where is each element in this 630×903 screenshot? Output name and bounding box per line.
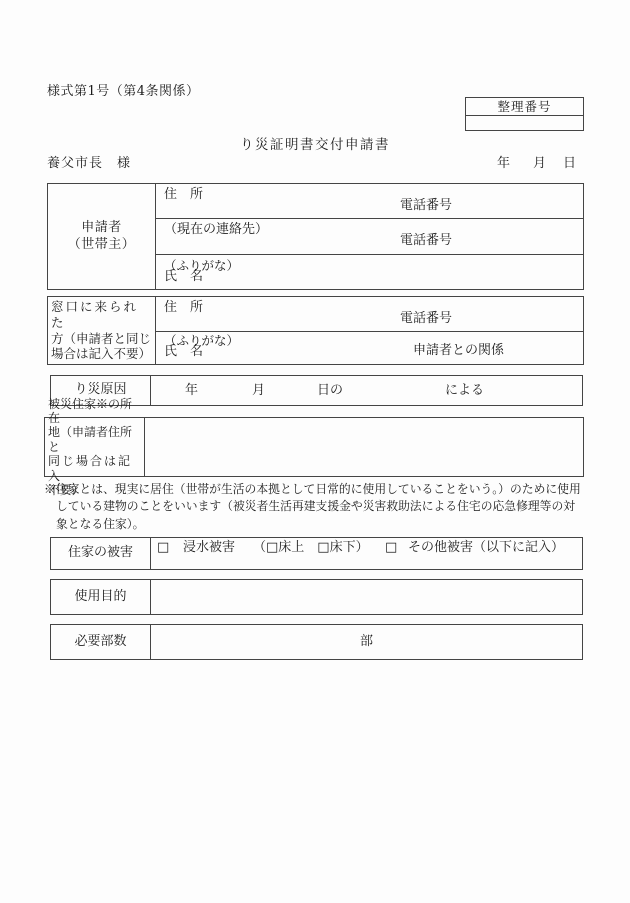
visitor-address-label: 住 所 — [164, 300, 203, 316]
applicant-address-label: 住 所 — [164, 187, 203, 203]
copies-unit-label: 部 — [360, 634, 373, 650]
other-damage-label: その他被害（以下に記入） — [408, 540, 564, 556]
damaged-house-header-line1: 被災住家※の所在 — [48, 397, 141, 426]
applicant-phone-label: 電話番号 — [400, 198, 452, 214]
applicant-name-label: 氏 名 — [164, 269, 203, 285]
purpose-header: 使用目的 — [51, 580, 151, 614]
page-title: り災証明書交付申請書 — [0, 137, 630, 154]
applicant-contact-phone-label: 電話番号 — [400, 233, 452, 249]
applicant-contact-field[interactable]: （現在の連絡先） 電話番号 — [156, 219, 583, 254]
copies-table: 必要部数 部 — [50, 624, 583, 660]
reference-number-box: 整理番号 — [465, 97, 584, 131]
cause-suffix-label: による — [445, 382, 484, 398]
damaged-house-header-line2: 地（申請者住所と — [48, 425, 141, 454]
visitor-header: 窓口に来られた 方（申請者と同じ 場合は記入不要） — [48, 297, 156, 364]
copies-field[interactable]: 部 — [151, 625, 582, 659]
other-damage-checkbox[interactable]: □ — [385, 540, 397, 556]
date-year-label: 年 — [497, 156, 510, 172]
damaged-house-location-field[interactable] — [145, 418, 583, 476]
house-damage-table: 住家の被害 □ 浸水被害 （□床上 □床下） □ その他被害（以下に記入） — [50, 537, 583, 570]
application-form-page: 様式第1号（第4条関係） 整理番号 り災証明書交付申請書 養父市長 様 年 月 … — [0, 0, 630, 903]
copies-label: 必要部数 — [74, 634, 126, 650]
purpose-table: 使用目的 — [50, 579, 583, 615]
purpose-field[interactable] — [151, 580, 582, 614]
applicant-table: 申請者 （世帯主） 住 所 電話番号 （現在の連絡先） 電話番号 （ふりがな） … — [47, 183, 584, 290]
damaged-house-header-line3: 同じ場合は記入 — [48, 454, 141, 483]
applicant-contact-label: （現在の連絡先） — [164, 222, 268, 238]
house-damage-field[interactable]: □ 浸水被害 （□床上 □床下） □ その他被害（以下に記入） — [151, 538, 582, 569]
applicant-address-field[interactable]: 住 所 電話番号 — [156, 184, 583, 219]
visitor-name-label: 氏 名 — [164, 344, 203, 360]
visitor-header-line1: 窓口に来られた — [51, 299, 152, 330]
disaster-cause-field[interactable]: 年 月 日の による — [151, 376, 582, 405]
addressee-label: 養父市長 様 — [47, 156, 131, 172]
applicant-header: 申請者 （世帯主） — [48, 184, 156, 289]
visitor-header-line3: 場合は記入不要） — [51, 346, 152, 362]
cause-day-label: 日の — [317, 382, 343, 398]
house-damage-header: 住家の被害 — [51, 538, 151, 569]
applicant-header-line2: （世帯主） — [68, 237, 136, 253]
house-damage-label: 住家の被害 — [68, 545, 133, 561]
flood-damage-checkbox[interactable]: □ — [157, 540, 169, 556]
applicant-header-line1: 申請者 — [81, 220, 122, 236]
purpose-label: 使用目的 — [74, 589, 126, 605]
cause-year-label: 年 — [185, 382, 198, 398]
flood-damage-label: 浸水被害 — [183, 540, 235, 556]
date-day-label: 日 — [563, 156, 576, 172]
damaged-house-header: 被災住家※の所在 地（申請者住所と 同じ場合は記入 不要） — [45, 418, 145, 476]
visitor-relation-label: 申請者との関係 — [413, 343, 504, 359]
footnote-line2: している建物のことをいいます（被災者生活再建支援金や災害救助法による住宅の応急修… — [44, 498, 589, 515]
applicant-name-field[interactable]: （ふりがな） 氏 名 — [156, 255, 583, 289]
damaged-house-table: 被災住家※の所在 地（申請者住所と 同じ場合は記入 不要） — [44, 417, 584, 477]
cause-month-label: 月 — [252, 382, 265, 398]
reference-number-label: 整理番号 — [466, 98, 583, 116]
reference-number-input[interactable] — [466, 116, 583, 130]
visitor-phone-label: 電話番号 — [400, 311, 452, 327]
house-definition-footnote: ※住家とは、現実に居住（世帯が生活の本拠として日常的に使用していることをいう。）… — [44, 481, 589, 533]
form-number-label: 様式第1号（第4条関係） — [47, 84, 200, 100]
visitor-header-line2: 方（申請者と同じ — [51, 331, 152, 347]
copies-header: 必要部数 — [51, 625, 151, 659]
footnote-line1: ※住家とは、現実に居住（世帯が生活の本拠として日常的に使用していることをいう。）… — [44, 481, 589, 498]
footnote-line3: 象となる住家）。 — [44, 516, 589, 533]
date-month-label: 月 — [533, 156, 546, 172]
flood-floor-sub-checkboxes[interactable]: （□床上 □床下） — [253, 540, 369, 556]
visitor-name-field[interactable]: （ふりがな） 氏 名 申請者との関係 — [156, 332, 583, 364]
visitor-address-field[interactable]: 住 所 電話番号 — [156, 297, 583, 332]
visitor-table: 窓口に来られた 方（申請者と同じ 場合は記入不要） 住 所 電話番号 （ふりがな… — [47, 296, 584, 365]
